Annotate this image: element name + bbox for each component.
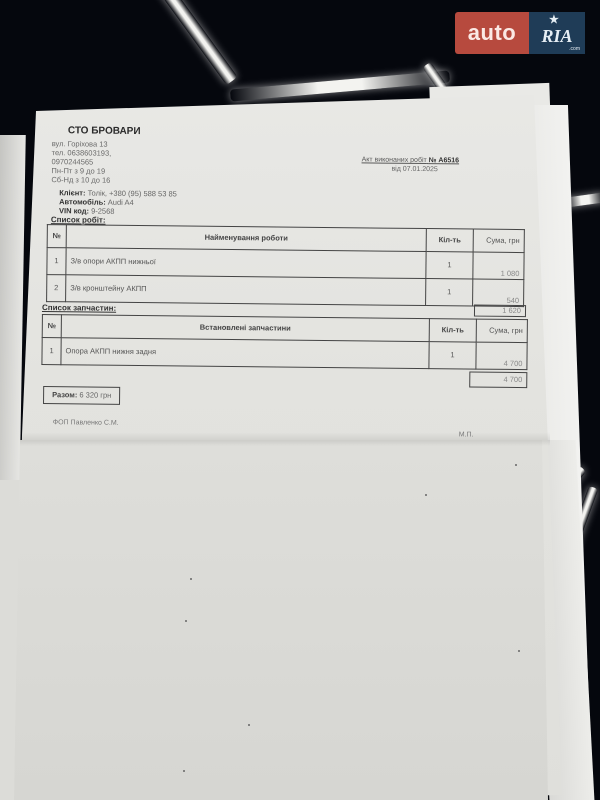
col-number: №: [42, 315, 61, 338]
col-qty: Кіл-ть: [426, 229, 473, 252]
col-sum: Сума, грн: [476, 319, 527, 343]
client-label: Клієнт:: [59, 188, 85, 197]
row-part-name: Опора АКПП нижня задня: [61, 338, 429, 369]
invoice-paper-lower-fold: [14, 440, 554, 800]
paper-speck: [190, 578, 192, 580]
autoria-watermark: auto ★ RIA .com: [455, 12, 585, 54]
row-work-name: З/в опори АКПП нижньої: [66, 248, 426, 279]
vin-value: 9-2568: [91, 207, 114, 216]
row-number: 1: [42, 338, 61, 365]
paper-speck: [518, 650, 520, 652]
car-label: Автомобіль:: [59, 197, 106, 206]
company-name: СТО БРОВАРИ: [68, 126, 141, 137]
light-streak: [230, 70, 450, 101]
paper-speck: [248, 724, 250, 726]
paper-speck: [183, 770, 185, 772]
parts-table: № Встановлені запчастини Кіл-ть Сума, гр…: [41, 314, 528, 370]
grand-total-label: Разом:: [52, 390, 77, 399]
row-work-name: З/в кронштейну АКПП: [66, 275, 426, 306]
act-number: № А6516: [429, 157, 459, 164]
table-row: 2 З/в кронштейну АКПП 1 540: [47, 275, 524, 307]
parts-section-title: Список запчастин:: [42, 303, 116, 314]
col-number: №: [47, 225, 66, 248]
logo-auto: auto: [455, 12, 529, 54]
row-sum: 540: [473, 279, 524, 307]
act-label: Акт виконаних робіт: [362, 156, 427, 164]
row-sum: 1 080: [473, 252, 524, 280]
hours-weekend: Сб-Нд з 10 до 16: [51, 175, 110, 186]
logo-com: .com: [569, 46, 580, 52]
logo-ria-text: RIA: [541, 26, 572, 47]
paper-speck: [515, 464, 517, 466]
signature-name: ФОП Павленко С.М.: [53, 418, 119, 429]
row-sum: 4 700: [476, 342, 527, 370]
row-qty: 1: [429, 342, 476, 369]
works-total: 1 620: [474, 305, 526, 318]
vin-label: VIN код:: [59, 206, 89, 215]
light-streak: [150, 0, 238, 85]
grand-total-value: 6 320 грн: [79, 390, 111, 399]
paper-speck: [425, 494, 427, 496]
photo-stage: СТО БРОВАРИ вул. Горіхова 13 тел. 063860…: [0, 0, 600, 800]
paper-speck: [185, 620, 187, 622]
car-value: Audi A4: [108, 198, 134, 207]
row-qty: 1: [426, 252, 473, 279]
parts-total: 4 700: [469, 372, 527, 389]
work-completion-act: СТО БРОВАРИ вул. Горіхова 13 тел. 063860…: [37, 118, 540, 453]
grand-total-box: Разом: 6 320 грн: [43, 386, 120, 405]
stamp-place: М.П.: [459, 430, 474, 440]
row-number: 2: [47, 275, 66, 302]
table-row: 1 Опора АКПП нижня задня 1 4 700: [42, 338, 527, 370]
star-icon: ★: [549, 13, 559, 26]
row-number: 1: [47, 248, 66, 275]
row-qty: 1: [426, 279, 473, 306]
works-table: № Найменування роботи Кіл-ть Сума, грн 1…: [46, 224, 525, 307]
col-sum: Сума, грн: [473, 229, 524, 253]
col-qty: Кіл-ть: [429, 319, 476, 342]
logo-ria: ★ RIA .com: [529, 12, 585, 54]
act-date: від 07.01.2025: [391, 165, 437, 175]
